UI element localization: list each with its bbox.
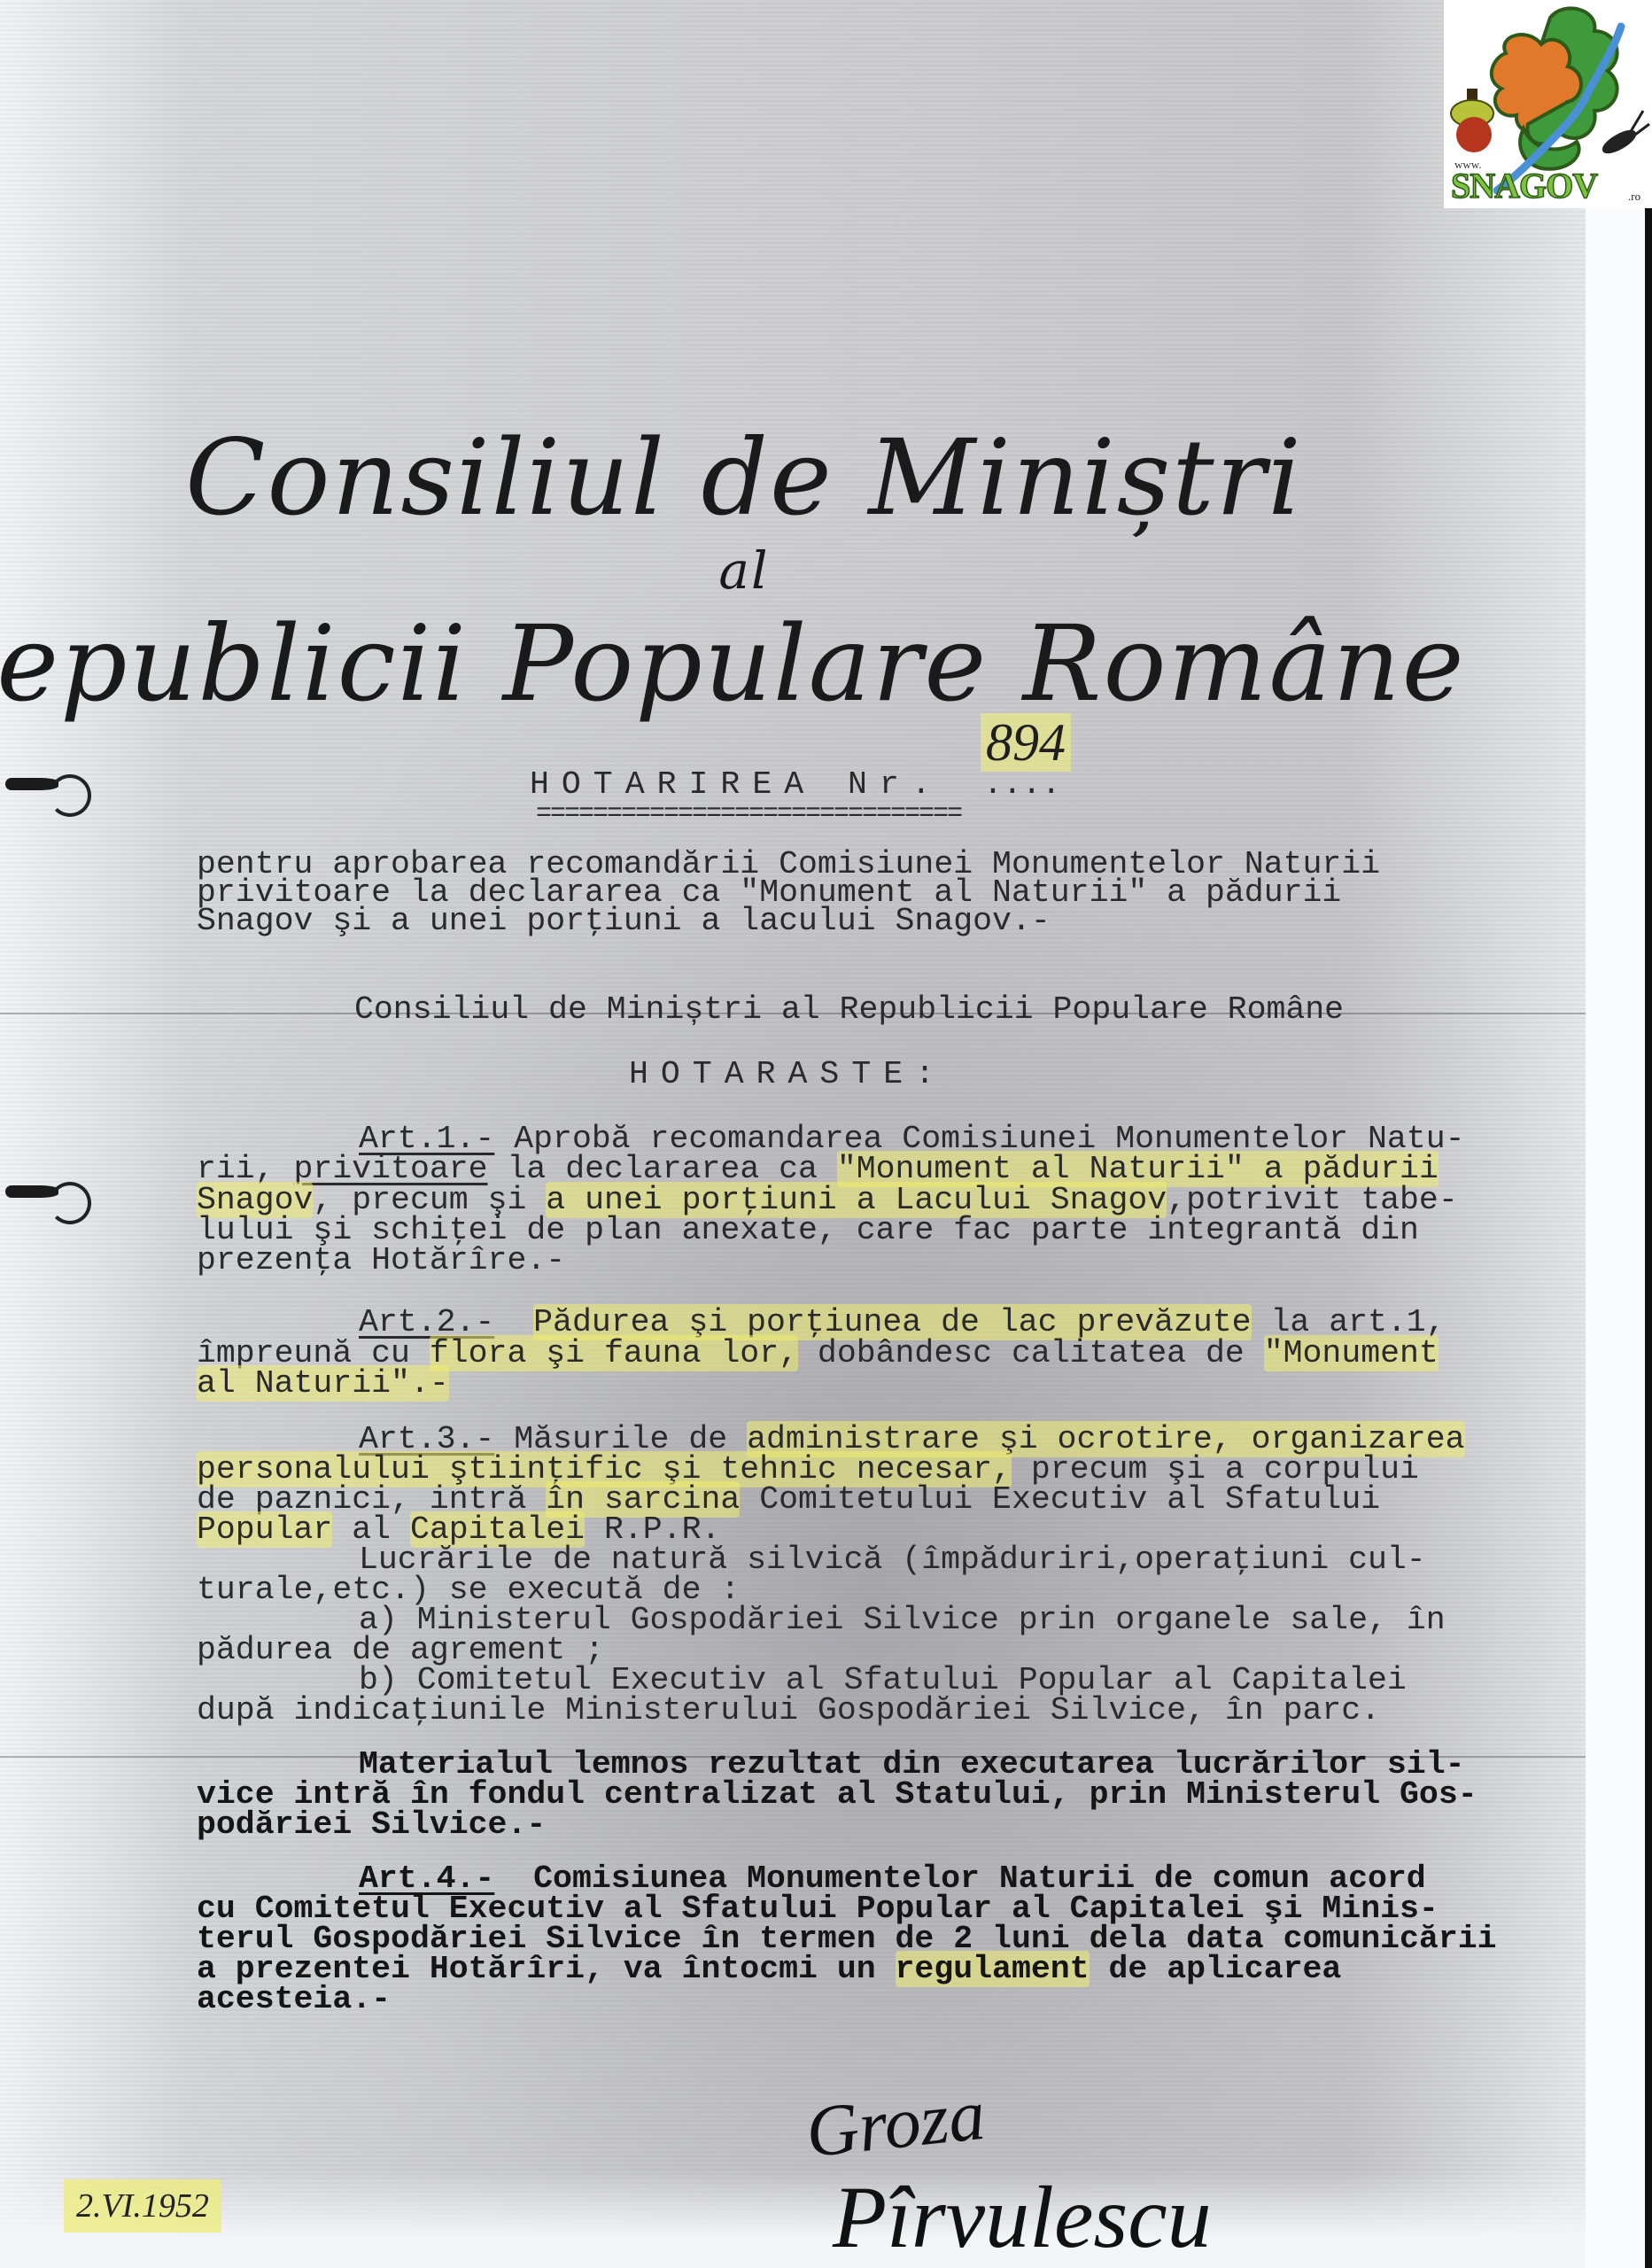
article-4-line: acesteia.- (197, 1984, 391, 2016)
letterhead-line-1: Consiliul de Miniștri (0, 416, 1537, 539)
punch-hole-icon (0, 771, 89, 815)
decides-heading: HOTARASTE: (629, 1059, 947, 1091)
scan-edge (1645, 204, 1652, 2268)
acorn-icon (1451, 89, 1493, 152)
article-2-line: Art.2.- Pădurea şi porţiunea de lac prev… (359, 1307, 1446, 1339)
article-1-line: prezenţa Hotărîre.- (197, 1245, 565, 1277)
article-3-line: podăriei Silvice.- (197, 1809, 546, 1841)
crayfish-icon (1601, 111, 1649, 156)
decision-number-dots: .... (983, 769, 1061, 801)
punch-hole-icon (0, 1178, 89, 1223)
decision-number: 894 (981, 726, 1071, 768)
letterhead-line-2: al (0, 540, 1537, 601)
article-2-line: al Naturii".- (197, 1368, 449, 1400)
article-1-line: rii, privitoare la declararea ca "Monume… (197, 1153, 1439, 1185)
title-underline: ============================== (536, 799, 961, 829)
snagov-logo: www. SNAGOV .ro (1444, 0, 1652, 208)
issuer-line: Consiliul de Miniștri al Republicii Popu… (354, 994, 1344, 1026)
logo-wordmark: SNAGOV (1451, 165, 1597, 206)
subject-line: Snagov şi a unei porţiuni a lacului Snag… (197, 905, 1051, 937)
decision-title: HOTARIREA Nr. (530, 769, 943, 801)
date-annotation: 2.VI.1952 (64, 2179, 221, 2233)
scan-margin (1586, 0, 1652, 2268)
signature-2: Pîrvulescu (833, 2166, 1212, 2268)
article-3-item-b: după indicaţiunile Ministerului Gospodăr… (197, 1695, 1380, 1727)
letterhead-line-3: Republicii Populare Române (0, 602, 1484, 725)
logo-tld: .ro (1628, 190, 1640, 204)
